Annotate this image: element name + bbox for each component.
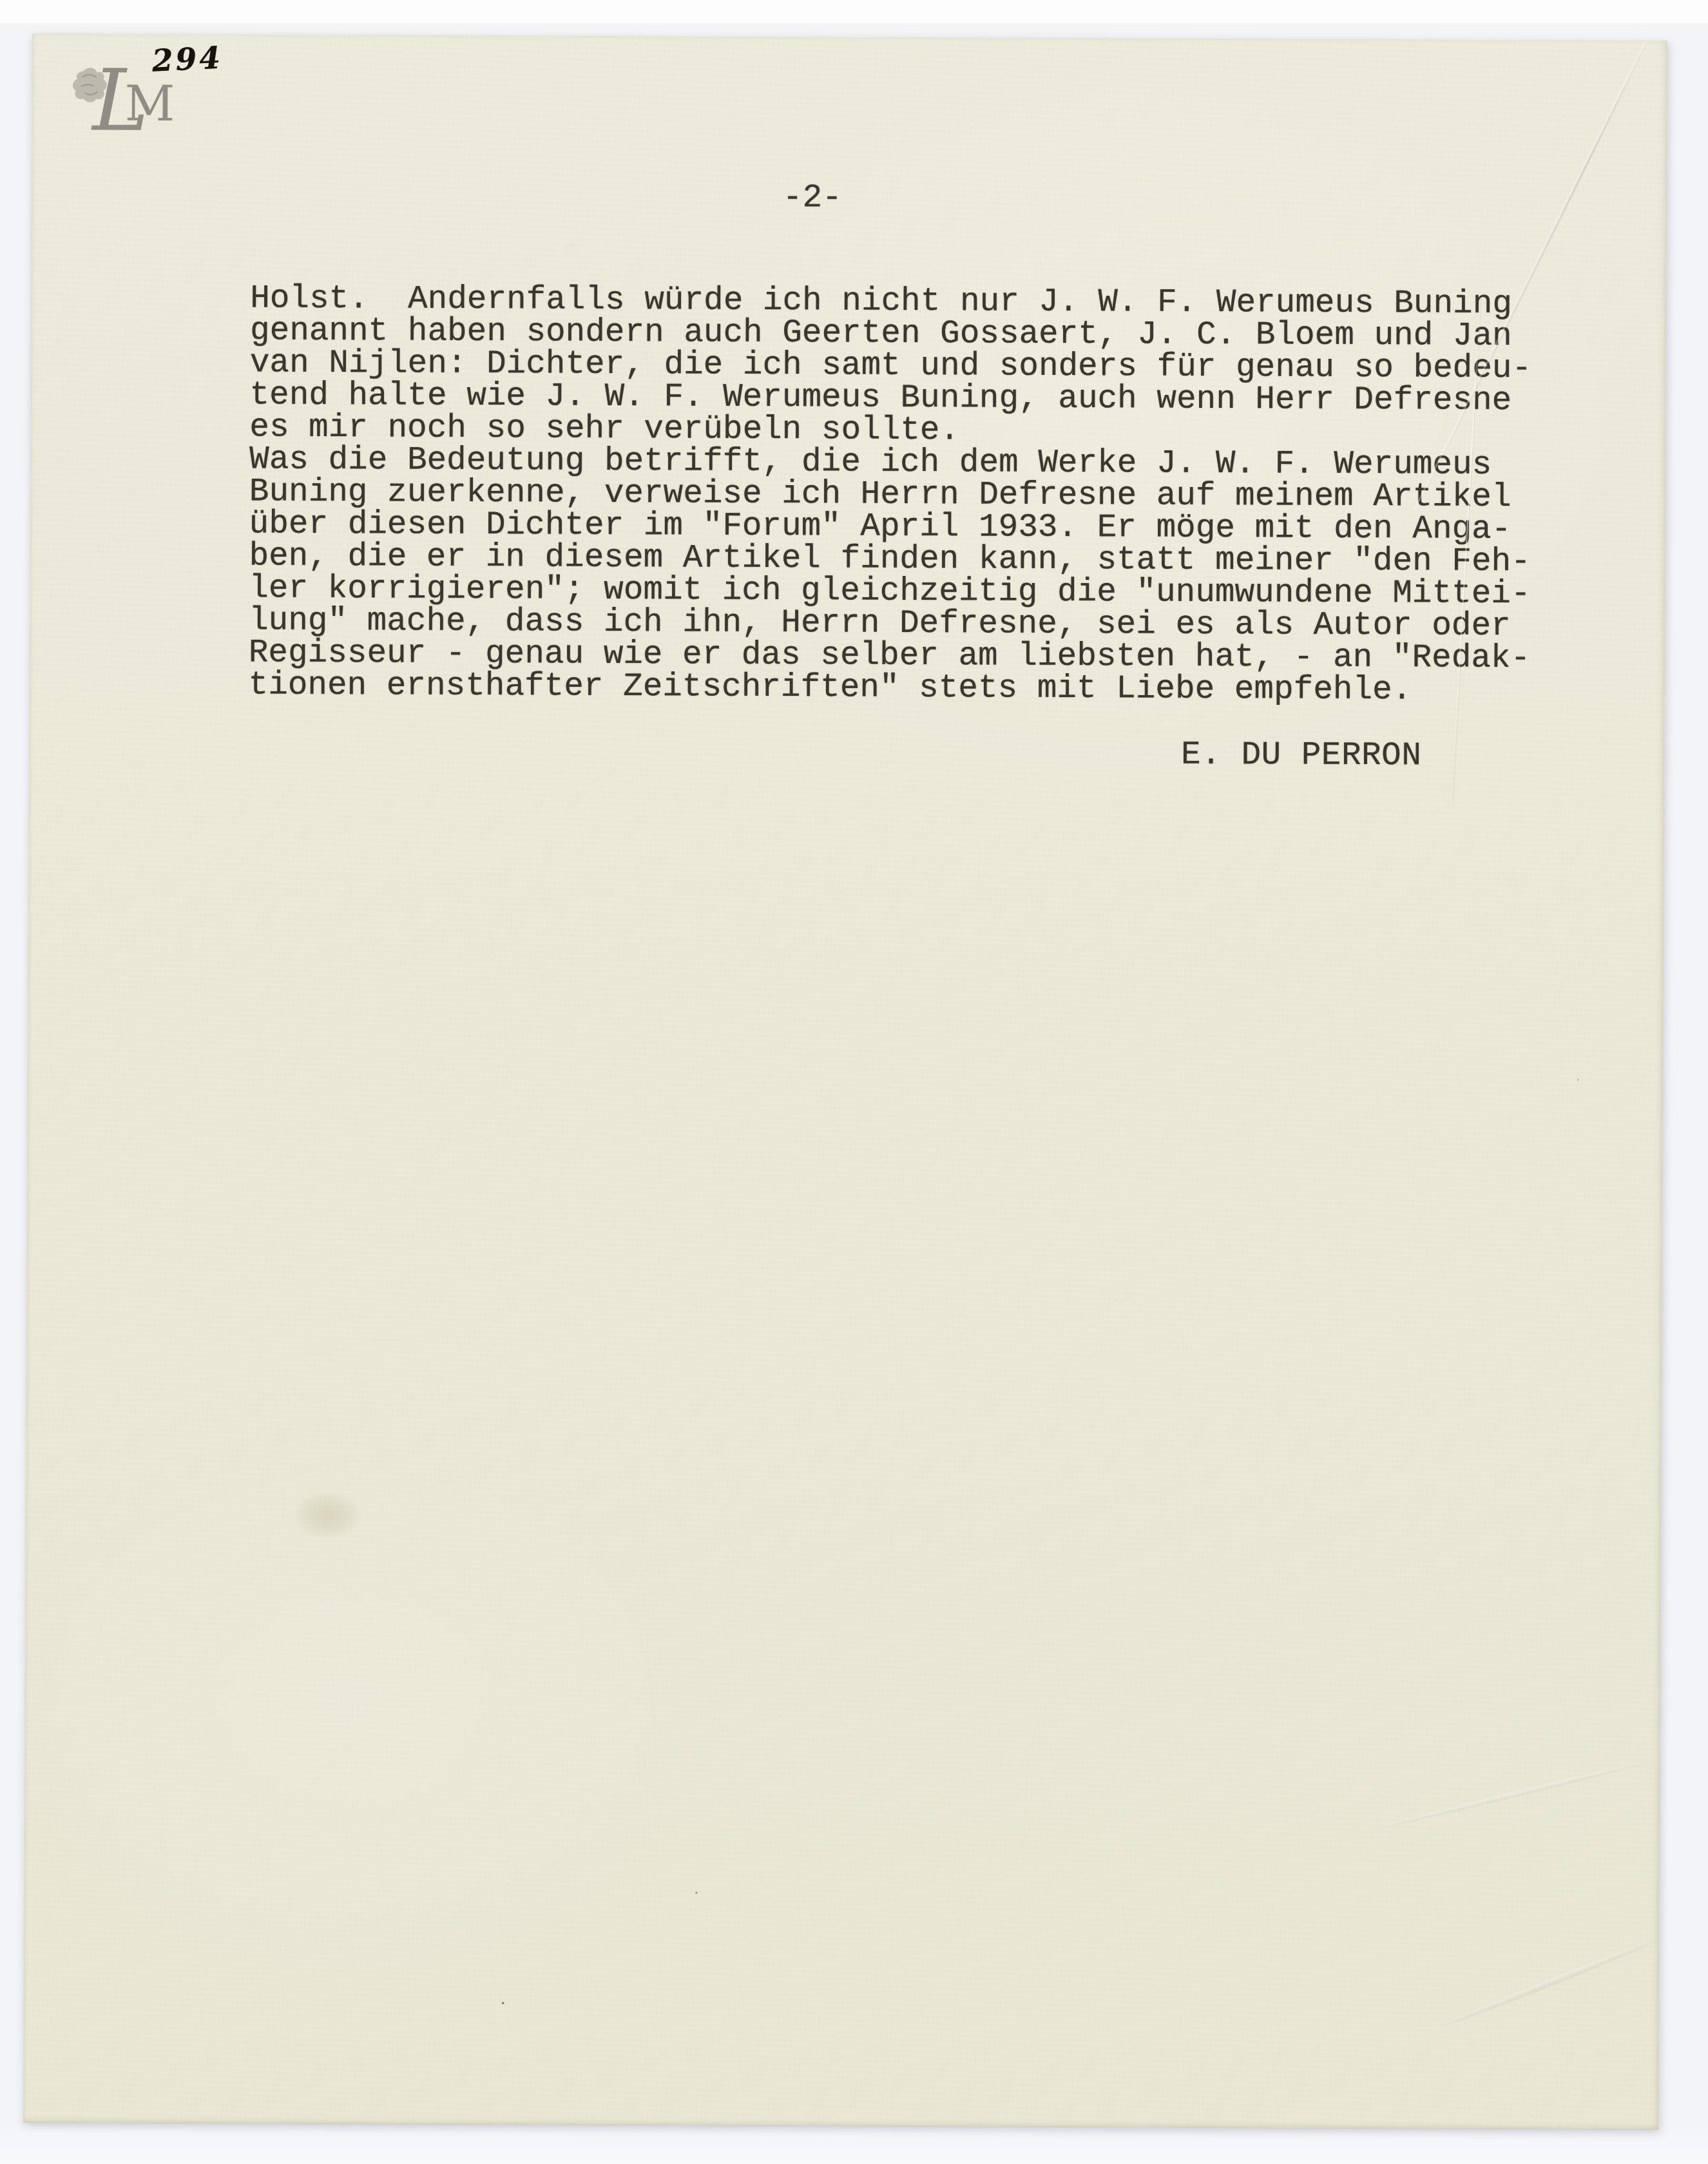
text-line: tionen ernsthafter Zeitschriften" stets … <box>248 669 1530 707</box>
dust-speck <box>695 1892 697 1894</box>
handwritten-page-index: 294 <box>151 40 224 79</box>
scanned-letter-screenshot: { "document": { "handwritten_number": "2… <box>0 0 1708 2164</box>
letter-page: L M 294 -2- Holst. Andernfalls würde ich… <box>23 34 1667 2129</box>
paper-wrinkle <box>1435 1934 1665 2031</box>
scanner-margin-bottom <box>0 2126 1708 2164</box>
paper-stain <box>282 1483 372 1548</box>
paper-wrinkle <box>1368 1757 1658 1833</box>
scanner-margin-top <box>0 0 1708 23</box>
paper-crease-top-right <box>1415 42 1648 511</box>
page-number: -2- <box>783 182 842 215</box>
stamp-letter-m: M <box>124 75 175 132</box>
dust-speck <box>1577 1078 1579 1080</box>
signature-name: E. DU PERRON <box>1181 740 1421 773</box>
dust-speck <box>502 2002 504 2004</box>
typewritten-body: Holst. Andernfalls würde ich nicht nur J… <box>248 283 1531 707</box>
